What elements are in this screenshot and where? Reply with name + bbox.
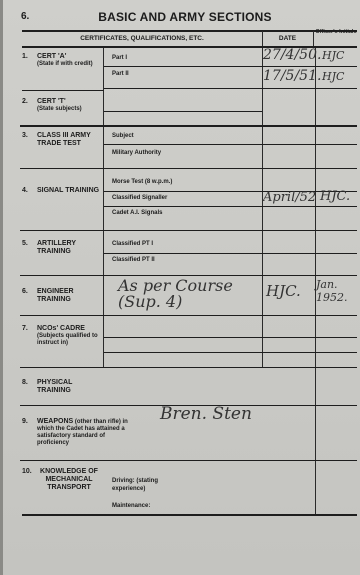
row-label: Part I xyxy=(112,55,127,61)
rule xyxy=(20,315,357,316)
handwritten-initials: HJC. xyxy=(320,189,350,204)
section-title: SIGNAL TRAINING xyxy=(37,187,101,195)
section-number: 2. xyxy=(22,98,28,105)
column-header-date: DATE xyxy=(262,35,313,42)
row-label: Classified PT I xyxy=(112,241,153,247)
section-number: 9. xyxy=(22,418,28,425)
section-number: 7. xyxy=(22,325,28,332)
rule xyxy=(104,144,357,145)
handwritten-date: 27/4/50. xyxy=(263,47,321,63)
rule xyxy=(104,337,357,338)
rule xyxy=(104,66,357,67)
section-number: 3. xyxy=(22,132,28,139)
page-title: BASIC AND ARMY SECTIONS xyxy=(0,10,360,24)
section-number: 10. xyxy=(22,468,32,475)
section-number: 6. xyxy=(22,288,28,295)
row-label: Maintenance: xyxy=(112,503,150,509)
handwritten-entry: As per Course (Sup. 4) xyxy=(118,278,258,310)
rule xyxy=(20,168,357,169)
book-spine xyxy=(0,0,3,575)
handwritten-date: Jan. 1952. xyxy=(316,278,356,304)
section-title: KNOWLEDGE OF MECHANICAL TRANSPORT xyxy=(40,468,98,492)
rule xyxy=(262,31,263,46)
rule xyxy=(104,253,357,254)
column-header-initials: Officer's Initials xyxy=(314,29,358,35)
section-title: WEAPONS (other than rifle) in which the … xyxy=(37,418,129,447)
section-title: CLASS III ARMY TRADE TEST xyxy=(37,132,101,148)
handwritten-date: 17/5/51. xyxy=(263,68,321,84)
rule xyxy=(22,514,357,516)
section-title: CERT 'A'(State if with credit) xyxy=(37,53,101,68)
rule xyxy=(313,31,314,46)
handwritten-entry: Bren. Sten xyxy=(160,404,252,424)
rule xyxy=(104,352,357,353)
section-title: NCOs' CADRE(Subjects qualified to instru… xyxy=(37,325,101,347)
section-title: CERT 'T'(State subjects) xyxy=(37,98,101,113)
section-title: PHYSICAL TRAINING xyxy=(37,379,101,395)
row-label: Driving: (stating experience) xyxy=(112,477,162,493)
rule xyxy=(20,230,357,231)
row-label: Classified PT II xyxy=(112,257,155,263)
rule xyxy=(104,111,262,112)
section-number: 5. xyxy=(22,240,28,247)
section-number: 4. xyxy=(22,187,28,194)
rule xyxy=(22,30,357,32)
section-number: 1. xyxy=(22,53,28,60)
rule xyxy=(103,48,104,368)
handwritten-initials: HJC xyxy=(322,70,344,83)
row-label: Part II xyxy=(112,71,129,77)
handwritten-date: April/52 xyxy=(263,190,316,205)
row-label: Morse Test (8 w.p.m.) xyxy=(112,179,172,185)
row-label: Military Authority xyxy=(112,149,172,157)
handwritten-initials: HJC xyxy=(322,49,344,62)
rule xyxy=(262,48,263,368)
rule xyxy=(104,88,357,89)
rule xyxy=(20,460,357,461)
document-page: 6. BASIC AND ARMY SECTIONS CERTIFICATES,… xyxy=(0,0,360,575)
handwritten-initials: HJC. xyxy=(266,282,301,300)
rule xyxy=(104,206,357,207)
section-number: 8. xyxy=(22,379,28,386)
column-header-certificates: CERTIFICATES, QUALIFICATIONS, ETC. xyxy=(22,35,262,42)
section-title: ARTILLERY TRAINING xyxy=(37,240,101,256)
rule xyxy=(22,90,104,91)
row-label: Cadet A.I. Signals xyxy=(112,210,162,216)
row-label: Subject xyxy=(112,133,134,139)
rule xyxy=(20,125,357,127)
rule xyxy=(20,367,357,368)
row-label: Classified Signaller xyxy=(112,195,167,201)
section-title: ENGINEER TRAINING xyxy=(37,288,101,304)
